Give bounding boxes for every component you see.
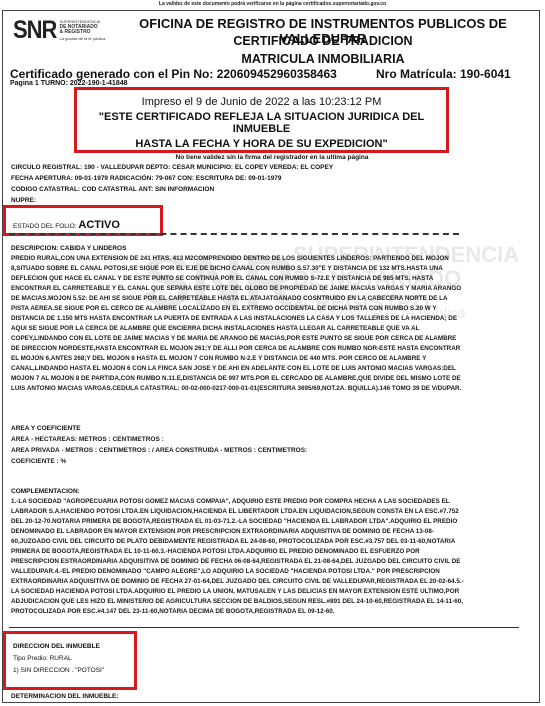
complementacion-line: VALLEDUPAR.4.-EL PREDIO DENOMINADO "CAMP… bbox=[11, 567, 531, 577]
descripcion-line: LUIS ANTONIO MACIAS VARGAS.CEDULA CATAST… bbox=[11, 384, 531, 394]
descripcion-line: AQUI SE SIGUE POR LA CERCA DE ALAMBRE QU… bbox=[11, 324, 531, 334]
descripcion-line: ENCONTRAR EL CARRETEABLE Y EL CANAL QUE … bbox=[11, 284, 531, 294]
descripcion-line: CANAL,LINDANDO HASTA EL MOJON 6 CON LA F… bbox=[11, 364, 531, 374]
document-subtitle: MATRICULA INMOBILIARIA bbox=[113, 52, 533, 66]
page-turno: Pagina 1 TURNO: 2022-190-1-41848 bbox=[10, 80, 128, 87]
determinacion-title: DETERMINACION DEL INMUEBLE: bbox=[11, 693, 119, 700]
tipo-predio: Tipo Predio: RURAL bbox=[13, 655, 72, 662]
section-divider bbox=[9, 233, 459, 235]
fecha-apertura: FECHA APERTURA: 09-01-1979 RADICACIÓN: 7… bbox=[11, 175, 282, 182]
complementacion-line: ADJUDICACION QUE LES HIZO EL MINISTERIO … bbox=[11, 597, 531, 607]
legal-notice-line1: "ESTE CERTIFICADO REFLEJA LA SITUACION J… bbox=[77, 111, 446, 135]
descripcion-text: PREDIO RURAL,CON UNA EXTENSION DE 241 HT… bbox=[11, 254, 531, 394]
area-rows: AREA - HECTAREAS: METROS : CENTIMETROS :… bbox=[11, 434, 531, 467]
descripcion-line: DE DIRECCION NORDESTE,HASTA ENCONTRAR EL… bbox=[11, 344, 531, 354]
circulo-registral: CIRCULO REGISTRAL: 190 - VALLEDUPAR DEPT… bbox=[11, 164, 333, 171]
complementacion-title: COMPLEMENTACION: bbox=[11, 488, 80, 495]
complementacion-line: 1.-LA SOCIEDAD "AGROPECUARIA POTOSI GOME… bbox=[11, 497, 531, 507]
estado-folio-label: ESTADO DEL FOLIO: ACTIVO bbox=[13, 219, 120, 231]
complementacion-line: 60,JUZGADO CIVIL DEL CIRCUITO DE PLATO D… bbox=[11, 537, 531, 547]
section-divider bbox=[9, 627, 519, 628]
estado-folio-highlight: ESTADO DEL FOLIO: ACTIVO bbox=[3, 205, 163, 236]
printed-date: Impreso el 9 de Junio de 2022 a las 10:2… bbox=[77, 96, 446, 108]
descripcion-line: PISTA AEREA.SE SIGUE POR EL CERCO DE ALA… bbox=[11, 304, 531, 314]
descripcion-line: DE MACIAS.MOJON 5.52: DE AHI SE SIGUE PO… bbox=[11, 294, 531, 304]
area-row: AREA - HECTAREAS: METROS : CENTIMETROS : bbox=[11, 434, 531, 445]
snr-logo: SNR SUPERINTENDENCIA DE NOTARIADO & REGI… bbox=[13, 17, 106, 43]
complementacion-line: EXTRAORDINARIA ADQUISITIVA DE DOMINIO DE… bbox=[11, 577, 531, 587]
legal-notice-line2: HASTA LA FECHA Y HORA DE SU EXPEDICION" bbox=[77, 138, 446, 150]
snr-logo-mark: SNR bbox=[13, 15, 56, 45]
document-type: CERTIFICADO DE TRADICION bbox=[113, 34, 533, 48]
complementacion-text: 1.-LA SOCIEDAD "AGROPECUARIA POTOSI GOME… bbox=[11, 497, 531, 617]
descripcion-line: DEFLECION QUE HACE EL CANAL Y DE ESTE PU… bbox=[11, 274, 531, 284]
direccion-item: 1) SIN DIRECCION . "POTOSI" bbox=[13, 667, 104, 674]
pin-number: Certificado generado con el Pin No: 2206… bbox=[10, 67, 337, 81]
complementacion-line: PRIMERA DE BOGOTA,REGISTRADA EL 10-11-60… bbox=[11, 547, 531, 557]
complementacion-line: DEL 20-12-70.NOTARIA PRIMERA DE BOGOTA,R… bbox=[11, 517, 531, 527]
certificate-page: SNR SUPERINTENDENCIA DE NOTARIADO & REGI… bbox=[2, 10, 540, 703]
descripcion-line: PREDIO RURAL,CON UNA EXTENSION DE 241 HT… bbox=[11, 254, 531, 264]
descripcion-line: DISTANCIA DE 1.150 MTS HASTA ENCONTRAR L… bbox=[11, 314, 531, 324]
descripcion-line: MOJON 7 AL MOJON 8 DE PARTIDA,CON RUMBO … bbox=[11, 374, 531, 384]
area-title: AREA Y COEFICIENTE bbox=[11, 425, 81, 432]
validity-note: La validez de este documento podrá verif… bbox=[0, 1, 545, 7]
direccion-highlight: DIRECCION DEL INMUEBLE Tipo Predio: RURA… bbox=[3, 631, 137, 690]
snr-logo-text: SUPERINTENDENCIA DE NOTARIADO & REGISTRO… bbox=[59, 19, 105, 41]
descripcion-line: COPEY,LINDANDO CON EL LOTE DE JAIME MACI… bbox=[11, 334, 531, 344]
validity-warning: No tiene validez sin la firma del regist… bbox=[3, 154, 540, 161]
complementacion-line: LABRADOR S.A.HACIENDO POTOSI LTDA.EN LIQ… bbox=[11, 507, 531, 517]
descripcion-line: EL MOJON 6,ANTES 268;Y DEL MOJON 6 HASTA… bbox=[11, 354, 531, 364]
matricula-number: Nro Matrícula: 190-6041 bbox=[376, 67, 511, 81]
area-row: AREA PRIVADA - METROS : CENTIMETROS : / … bbox=[11, 445, 531, 456]
complementacion-line: PROTOCOLIZADA POR ESC.#4.147 DEL 23-11-6… bbox=[11, 607, 531, 617]
complementacion-line: LA SOCIEDAD HACIENDA POTOSI LTDA.ADQUIRI… bbox=[11, 587, 531, 597]
descripcion-title: DESCRIPCION: CABIDA Y LINDEROS bbox=[11, 245, 126, 252]
codigo-catastral: CODIGO CATASTRAL: COD CATASTRAL ANT: SIN… bbox=[11, 186, 214, 193]
descripcion-line: 8,SITUADO SOBRE EL CANAL POTOSI,SE SIGUE… bbox=[11, 264, 531, 274]
area-row: COEFICIENTE : % bbox=[11, 456, 531, 467]
complementacion-line: DENOMINADO EL LABRADOR EN MAYOR EXTENSIO… bbox=[11, 527, 531, 537]
nupre: NUPRE: bbox=[11, 197, 36, 204]
estado-folio-value: ACTIVO bbox=[78, 219, 120, 231]
printed-notice-highlight: Impreso el 9 de Junio de 2022 a las 10:2… bbox=[74, 87, 449, 153]
direccion-title: DIRECCION DEL INMUEBLE bbox=[13, 643, 100, 650]
complementacion-line: PRESCRIPCION ESTRAORDINARIA ADQUISITIVA … bbox=[11, 557, 531, 567]
